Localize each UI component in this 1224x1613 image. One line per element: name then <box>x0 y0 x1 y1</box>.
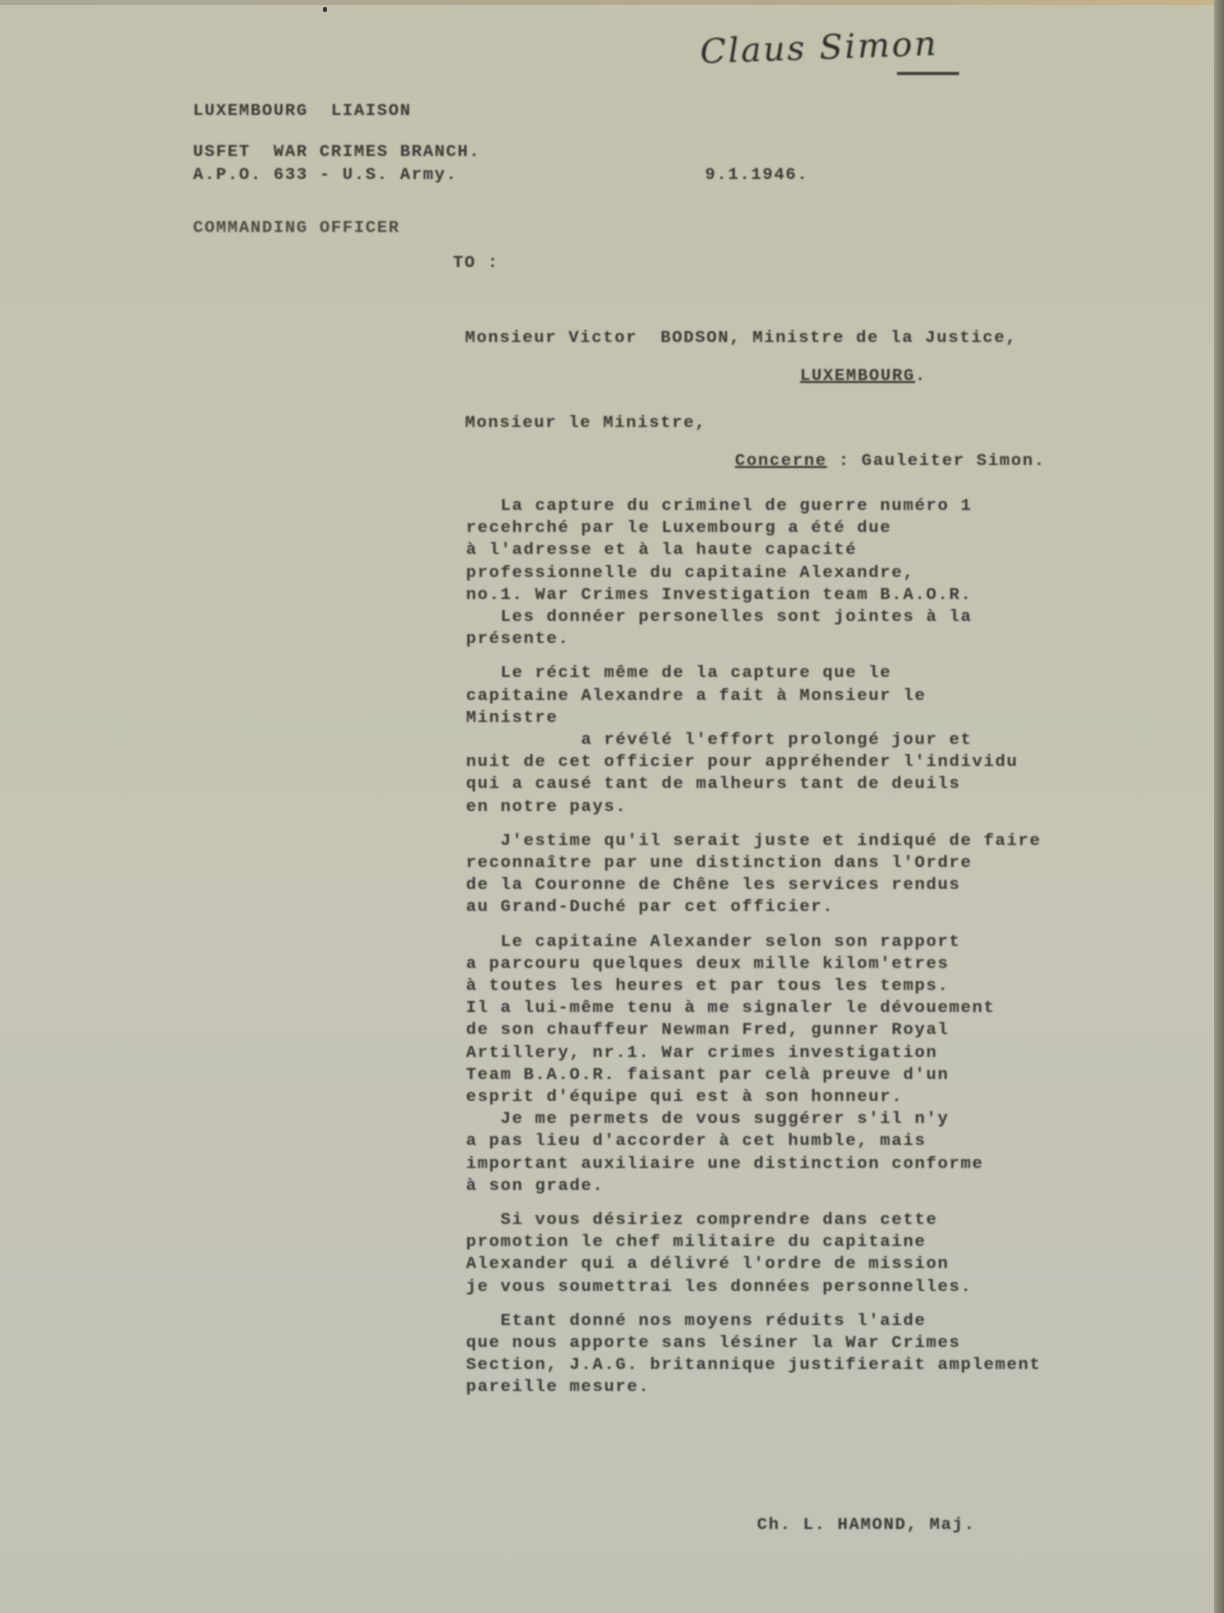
body-line: présente. <box>466 629 570 651</box>
body-line: reconnaître par une distinction dans l'O… <box>466 853 972 875</box>
page-right-edge <box>1214 0 1224 1613</box>
body-line: pareille mesure. <box>466 1377 650 1399</box>
recipient-city: LUXEMBOURG. <box>800 366 927 388</box>
salutation: Monsieur le Ministre, <box>465 413 707 435</box>
body-line: no.1. War Crimes Investigation team B.A.… <box>466 585 972 607</box>
body-line: à l'adresse et à la haute capacité <box>466 540 857 562</box>
body-line: Etant donné nos moyens réduits l'aide <box>466 1311 926 1333</box>
body-line: promotion le chef militaire du capitaine <box>466 1232 926 1254</box>
letter-date: 9.1.1946. <box>705 165 809 187</box>
sender-title: COMMANDING OFFICER <box>193 218 400 240</box>
body-line: esprit d'équipe qui est à son honneur. <box>466 1087 903 1109</box>
to-label: TO : <box>453 253 499 275</box>
body-line: recehrché par le Luxembourg a été due <box>466 518 892 540</box>
handwritten-annotation: Claus Simon <box>699 24 938 72</box>
body-line: au Grand-Duché par cet officier. <box>466 897 834 919</box>
subject-label: Concerne <box>735 452 827 471</box>
body-line: capitaine Alexandre a fait à Monsieur le <box>466 686 926 708</box>
recipient-city-punct: . <box>915 367 927 386</box>
body-line: Artillery, nr.1. War crimes investigatio… <box>466 1043 938 1065</box>
ink-speck <box>323 7 327 12</box>
body-line: Je me permets de vous suggérer s'il n'y <box>466 1109 949 1131</box>
letterhead-line3: A.P.O. 633 - U.S. Army. <box>193 165 458 187</box>
body-line: qui a causé tant de malheurs tant de deu… <box>466 774 961 796</box>
body-line: Alexander qui a délivré l'ordre de missi… <box>466 1254 949 1276</box>
body-line: Il a lui-même tenu à me signaler le dévo… <box>466 998 995 1020</box>
page-top-edge <box>0 0 1224 5</box>
body-line: Le capitaine Alexander selon son rapport <box>466 932 961 954</box>
body-line: Section, J.A.G. britannique justifierait… <box>466 1355 1041 1377</box>
body-line: a parcouru quelques deux mille kilom'etr… <box>466 954 949 976</box>
body-line: que nous apporte sans lésiner la War Cri… <box>466 1333 961 1355</box>
body-line: a révélé l'effort prolongé jour et <box>466 730 972 752</box>
body-line: professionnelle du capitaine Alexandre, <box>466 563 915 585</box>
subject-line: Concerne : Gauleiter Simon. <box>735 451 1046 473</box>
body-line: Si vous désiriez comprendre dans cette <box>466 1210 938 1232</box>
body-line: Le récit même de la capture que le <box>466 663 892 685</box>
body-line: important auxiliaire une distinction con… <box>466 1154 984 1176</box>
body-line: je vous soumettrai les données personnel… <box>466 1277 972 1299</box>
body-line: de son chauffeur Newman Fred, gunner Roy… <box>466 1020 949 1042</box>
body-line: en notre pays. <box>466 797 627 819</box>
body-line: de la Couronne de Chêne les services ren… <box>466 875 961 897</box>
body-line: Les donnéer personelles sont jointes à l… <box>466 607 972 629</box>
body-line: Ministre <box>466 708 558 730</box>
body-line: nuit de cet officier pour appréhender l'… <box>466 752 1018 774</box>
recipient-line: Monsieur Victor BODSON, Ministre de la J… <box>465 328 1017 350</box>
body-line: La capture du criminel de guerre numéro … <box>466 496 972 518</box>
body-line: a pas lieu d'accorder à cet humble, mais <box>466 1131 926 1153</box>
letterhead-line1: LUXEMBOURG LIAISON <box>193 101 412 123</box>
body-line: à toutes les heures et par tous les temp… <box>466 976 949 998</box>
recipient-city-name: LUXEMBOURG <box>800 367 915 386</box>
signature-block: Ch. L. HAMOND, Maj. <box>757 1515 976 1537</box>
subject-text: : Gauleiter Simon. <box>827 452 1046 471</box>
body-line: à son grade. <box>466 1176 604 1198</box>
body-line: Team B.A.O.R. faisant par celà preuve d'… <box>466 1065 949 1087</box>
handwritten-underline <box>897 72 959 75</box>
body-line: J'estime qu'il serait juste et indiqué d… <box>466 831 1041 853</box>
letterhead-line2: USFET WAR CRIMES BRANCH. <box>193 142 481 164</box>
